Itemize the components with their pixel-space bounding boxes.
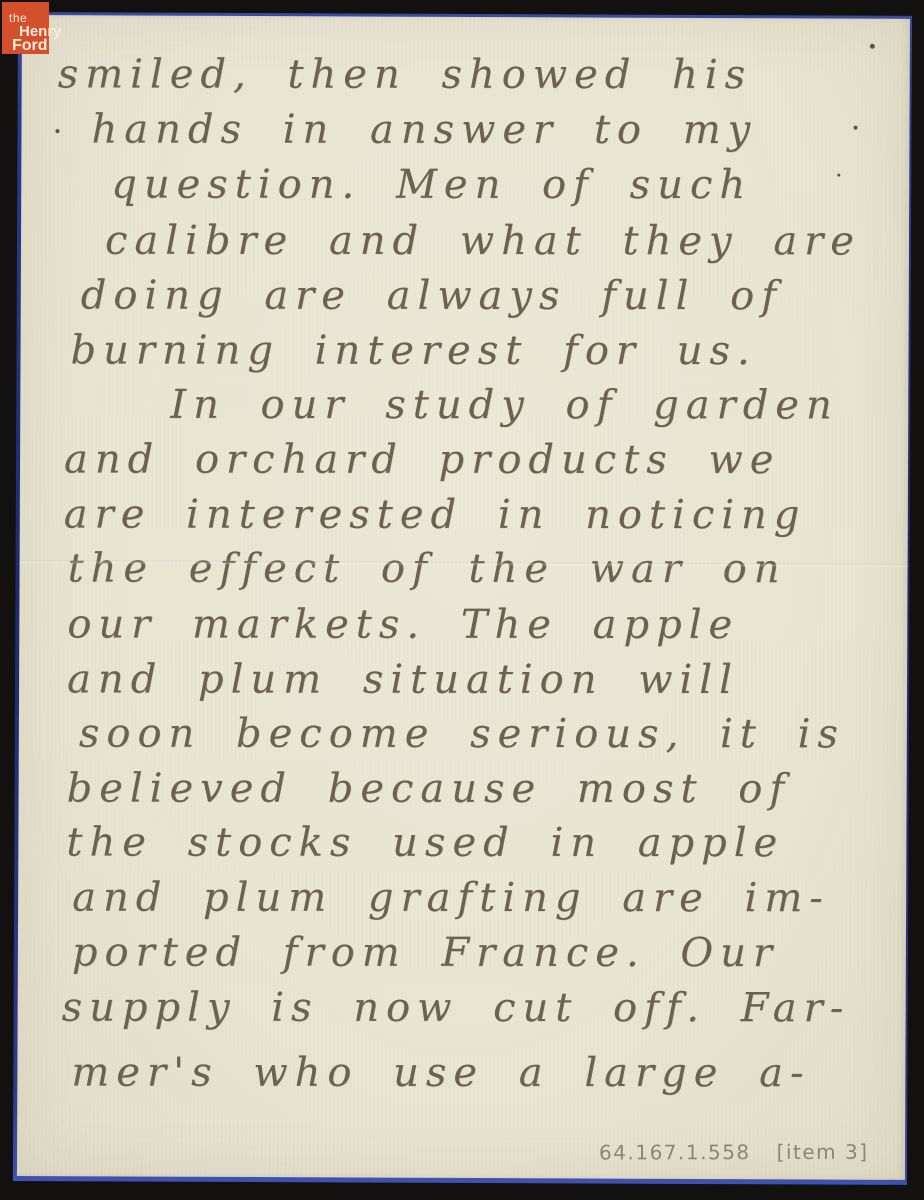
catalog-number: 64.167.1.558 <box>599 1140 751 1164</box>
handwriting-line: are interested in noticing <box>64 489 807 542</box>
catalog-annotation: 64.167.1.558[item 3] <box>599 1140 869 1165</box>
handwriting-line: soon become serious, it is <box>79 708 845 761</box>
handwriting-line: In our study of garden <box>170 379 838 432</box>
letter-page: smiled, then showed his hands in answer … <box>17 15 910 1180</box>
ink-speck <box>853 126 857 130</box>
handwriting-line: doing are always full of <box>81 270 783 323</box>
handwriting-line: burning interest for us. <box>71 324 757 377</box>
handwriting-line: supply is now cut off. Far- <box>62 982 851 1035</box>
handwriting-line: and plum situation will <box>67 653 739 706</box>
henry-ford-logo: the Henry Ford <box>2 2 49 54</box>
handwriting-line: our markets. The apple <box>67 598 739 651</box>
ink-speck <box>870 44 875 49</box>
logo-text-ford: Ford <box>12 38 48 54</box>
handwriting-line: and orchard products we <box>64 433 780 486</box>
item-label: [item 3] <box>777 1140 869 1164</box>
handwriting-line: ported from France. Our <box>72 926 779 979</box>
handwriting-line: question. Men of such <box>111 159 752 212</box>
ink-speck <box>837 174 840 177</box>
handwriting-line: smiled, then showed his <box>58 48 752 101</box>
ink-speck <box>55 129 59 133</box>
handwriting-line: mer's who use a large a- <box>71 1047 810 1100</box>
handwriting-line: believed because most of <box>67 762 792 815</box>
handwriting-line: the effect of the war on <box>68 542 787 595</box>
handwriting-line: calibre and what they are <box>105 215 861 268</box>
handwriting-line: the stocks used in apple <box>66 816 784 869</box>
handwriting-line: and plum grafting are im- <box>72 872 830 925</box>
handwriting-line: hands in answer to my <box>91 103 757 156</box>
backing-mat: smiled, then showed his hands in answer … <box>13 12 912 1185</box>
